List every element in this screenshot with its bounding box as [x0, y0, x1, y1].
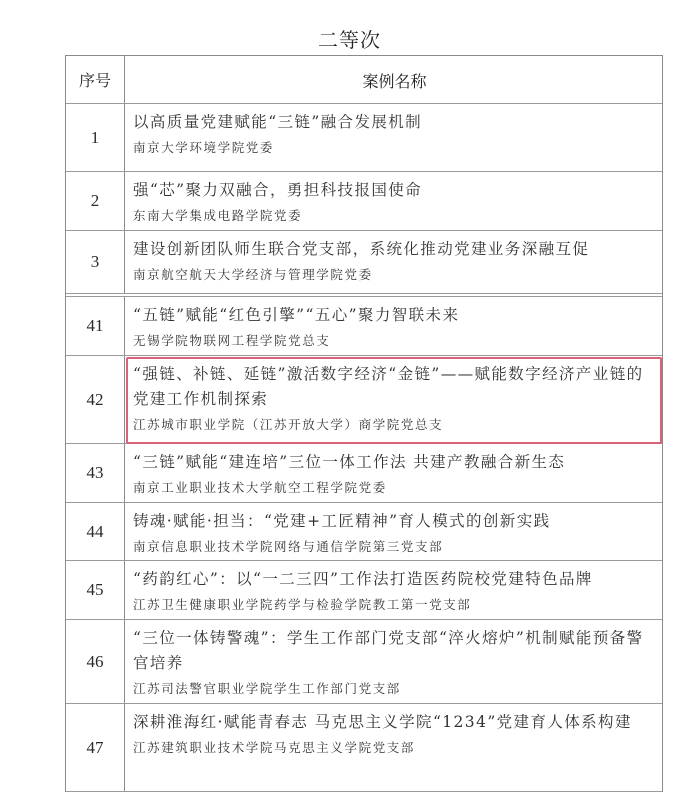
table-row: 46 “三位一体铸警魂”：学生工作部门党支部“淬火熔炉”机制赋能预备警官培养 江…: [66, 620, 662, 704]
row-number: 43: [66, 444, 125, 502]
case-title: “三链”赋能“建连培”三位一体工作法 共建产教融合新生态: [133, 450, 656, 475]
case-title: “药韵红心”：以“一二三四”工作法打造医药院校党建特色品牌: [133, 567, 656, 592]
header-case-name: 案例名称: [125, 56, 662, 103]
table-row: 41 “五链”赋能“红色引擎”“五心”聚力智联未来 无锡学院物联网工程学院党总支: [66, 297, 662, 356]
case-organization: 江苏司法警官职业学院学生工作部门党支部: [133, 678, 656, 700]
row-number: 47: [66, 704, 125, 791]
case-title: “三位一体铸警魂”：学生工作部门党支部“淬火熔炉”机制赋能预备警官培养: [133, 626, 656, 676]
case-title: “强链、补链、延链”激活数字经济“金链”——赋能数字经济产业链的党建工作机制探索: [133, 362, 656, 412]
case-title: 以高质量党建赋能“三链”融合发展机制: [133, 110, 656, 135]
row-number: 2: [66, 172, 125, 230]
table-row: 2 强“芯”聚力双融合，勇担科技报国使命 东南大学集成电路学院党委: [66, 172, 662, 231]
case-title: “五链”赋能“红色引擎”“五心”聚力智联未来: [133, 303, 656, 328]
case-organization: 江苏城市职业学院（江苏开放大学）商学院党总支: [133, 414, 656, 436]
case-organization: 江苏卫生健康职业学院药学与检验学院教工第一党支部: [133, 594, 656, 616]
case-title: 铸魂·赋能·担当：“党建+工匠精神”育人模式的创新实践: [133, 509, 656, 534]
case-organization: 东南大学集成电路学院党委: [133, 205, 656, 227]
table-row: 45 “药韵红心”：以“一二三四”工作法打造医药院校党建特色品牌 江苏卫生健康职…: [66, 561, 662, 620]
table-row-highlighted: 42 “强链、补链、延链”激活数字经济“金链”——赋能数字经济产业链的党建工作机…: [66, 356, 662, 444]
table-header-row: 序号 案例名称: [66, 56, 662, 104]
case-title: 建设创新团队师生联合党支部，系统化推动党建业务深融互促: [133, 237, 656, 262]
table-row: 1 以高质量党建赋能“三链”融合发展机制 南京大学环境学院党委: [66, 104, 662, 172]
row-number: 45: [66, 561, 125, 619]
case-organization: 南京航空航天大学经济与管理学院党委: [133, 264, 656, 286]
case-title: 强“芯”聚力双融合，勇担科技报国使命: [133, 178, 656, 203]
award-table: 序号 案例名称 1 以高质量党建赋能“三链”融合发展机制 南京大学环境学院党委 …: [65, 55, 663, 792]
row-number: 46: [66, 620, 125, 703]
row-number: 1: [66, 104, 125, 171]
case-organization: 南京工业职业技术大学航空工程学院党委: [133, 477, 656, 499]
row-number: 3: [66, 231, 125, 293]
case-title: 深耕淮海红·赋能青春志 马克思主义学院“1234”党建育人体系构建: [133, 710, 656, 735]
table-row: 44 铸魂·赋能·担当：“党建+工匠精神”育人模式的创新实践 南京信息职业技术学…: [66, 503, 662, 561]
case-organization: 南京信息职业技术学院网络与通信学院第三党支部: [133, 536, 656, 558]
row-number: 41: [66, 297, 125, 355]
case-organization: 无锡学院物联网工程学院党总支: [133, 330, 656, 352]
case-organization: 江苏建筑职业技术学院马克思主义学院党支部: [133, 737, 656, 759]
table-row: 3 建设创新团队师生联合党支部，系统化推动党建业务深融互促 南京航空航天大学经济…: [66, 231, 662, 297]
case-organization: 南京大学环境学院党委: [133, 137, 656, 159]
table-row: 47 深耕淮海红·赋能青春志 马克思主义学院“1234”党建育人体系构建 江苏建…: [66, 704, 662, 792]
table-row: 43 “三链”赋能“建连培”三位一体工作法 共建产教融合新生态 南京工业职业技术…: [66, 444, 662, 503]
row-number: 44: [66, 503, 125, 560]
header-number: 序号: [66, 56, 125, 103]
row-number: 42: [66, 356, 125, 443]
section-title: 二等次: [0, 24, 699, 53]
